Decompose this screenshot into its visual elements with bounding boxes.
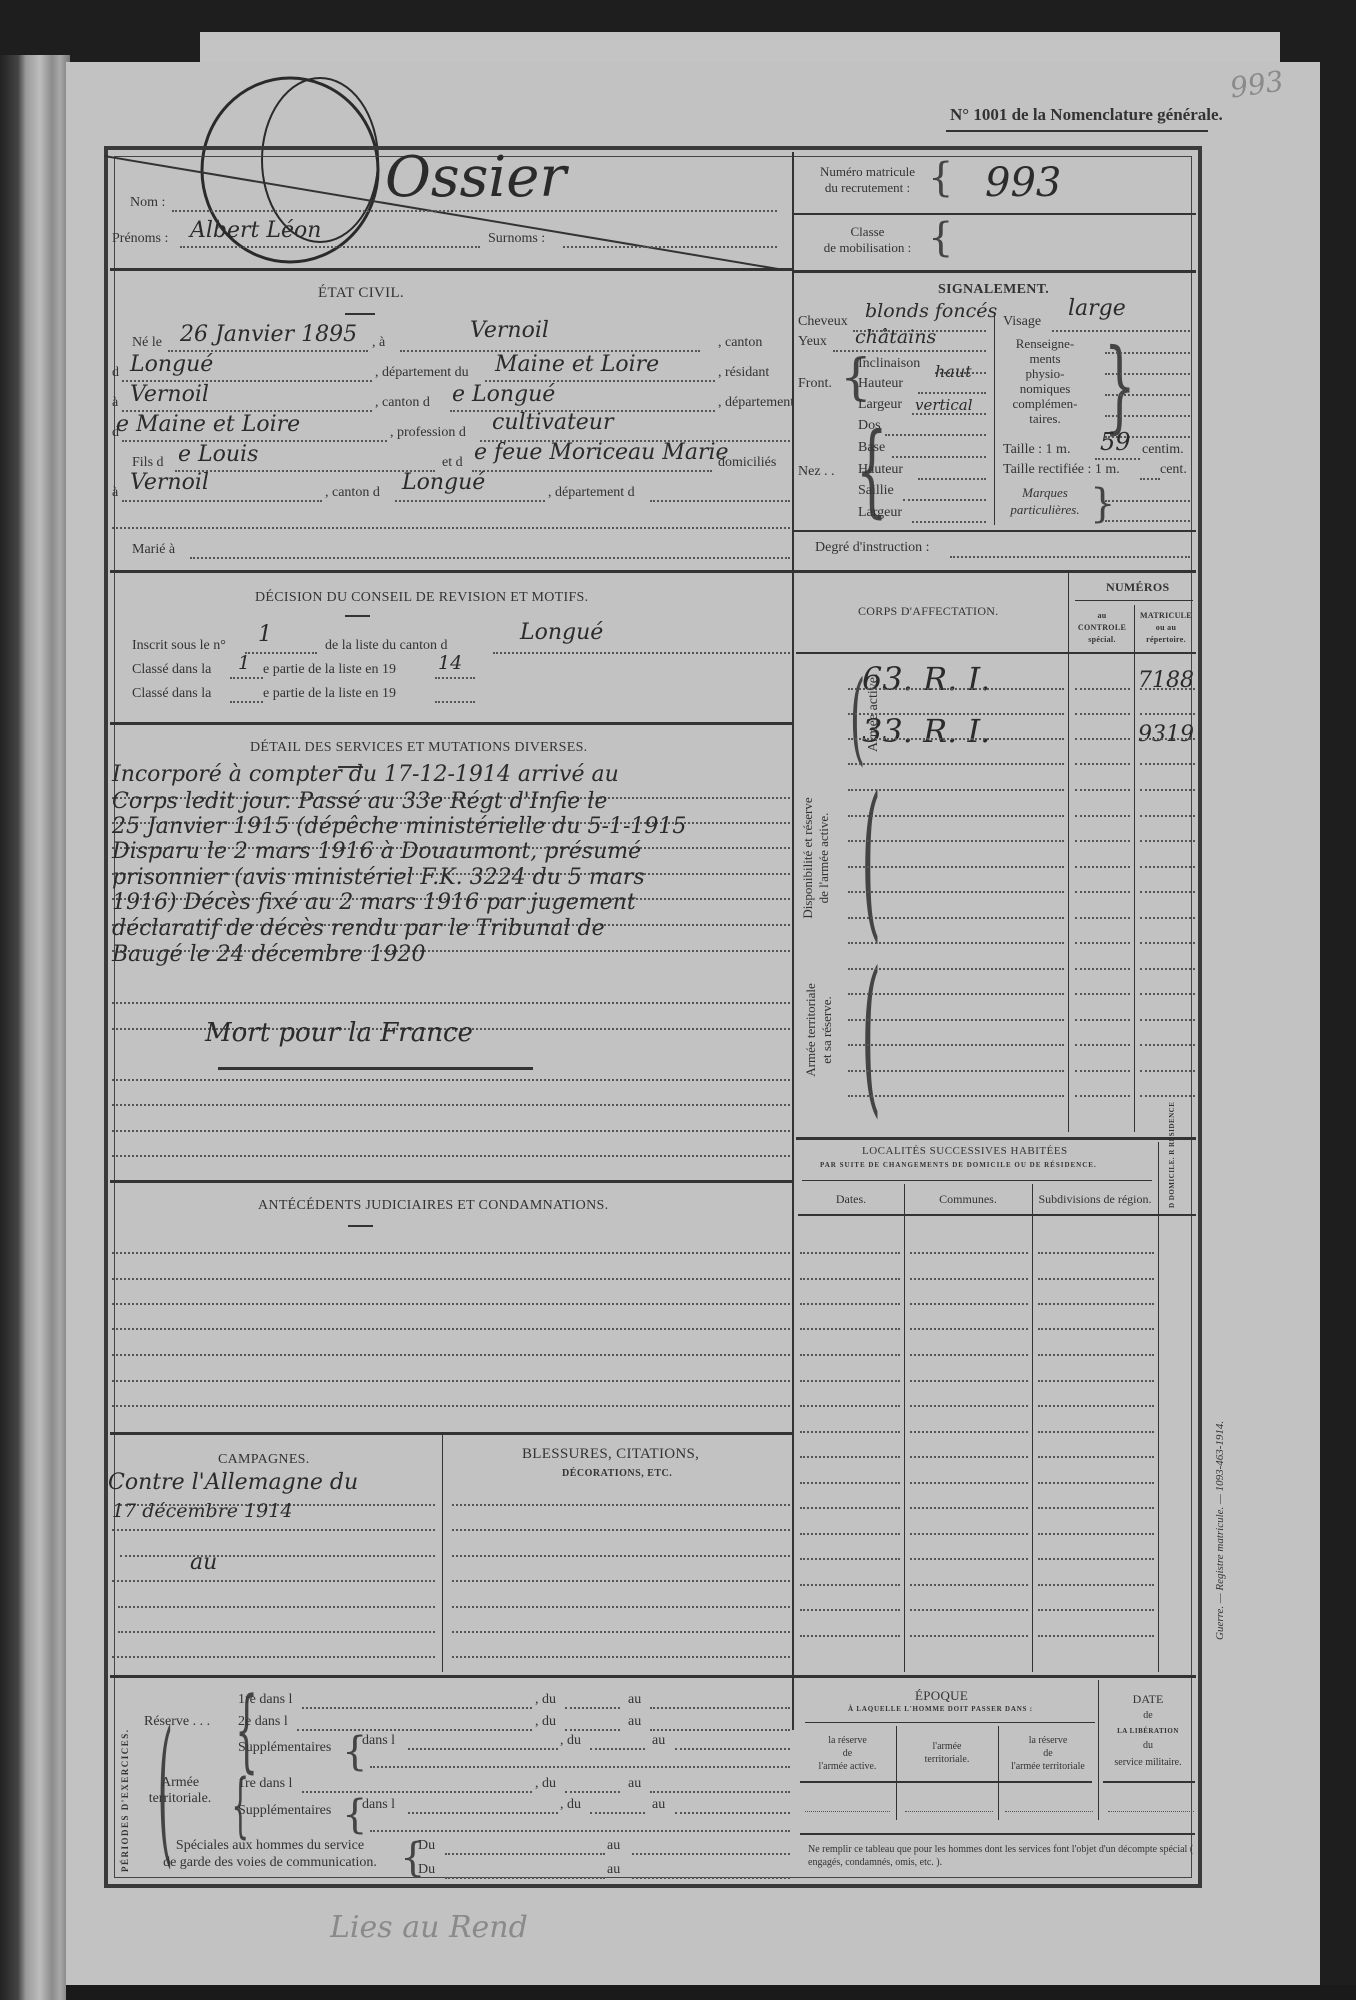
loc-date-8[interactable] xyxy=(800,1431,900,1433)
loc-subdiv-16[interactable] xyxy=(1038,1635,1154,1637)
blessures-line-5[interactable] xyxy=(452,1606,790,1608)
blessures-subtitle: DÉCORATIONS, ETC. xyxy=(562,1468,672,1479)
dispo-rule-2[interactable] xyxy=(848,815,1064,817)
terr-ctrl-5[interactable] xyxy=(1075,1070,1130,1072)
prenoms-label: Prénoms : xyxy=(112,231,168,247)
corps-row-2-controle-rule[interactable] xyxy=(1075,738,1130,740)
col-dates: Dates. xyxy=(800,1192,902,1207)
terr-mat-1[interactable] xyxy=(1140,968,1195,970)
corps-row-1-controle-rule[interactable] xyxy=(1075,688,1130,690)
cheveux-label: Cheveux xyxy=(798,314,848,330)
mention-underline xyxy=(218,1067,533,1070)
loc-commune-12[interactable] xyxy=(910,1533,1028,1535)
pere-value[interactable]: e Louis xyxy=(178,442,258,467)
localites-title: LOCALITÉS SUCCESSIVES HABITÉES xyxy=(862,1145,1068,1157)
antecedents-line-3[interactable] xyxy=(112,1303,790,1305)
antecedents-line-7[interactable] xyxy=(112,1405,790,1407)
dispo-ctrl-5[interactable] xyxy=(1075,891,1130,893)
surnoms-field-line[interactable] xyxy=(563,246,777,248)
reserve-supp-label: Supplémentaires xyxy=(238,1740,331,1756)
loc-date-5[interactable] xyxy=(800,1354,900,1356)
loc-commune-3[interactable] xyxy=(910,1303,1028,1305)
services-line-2[interactable]: Corps ledit jour. Passé au 33e Régt d'In… xyxy=(112,789,607,814)
marie-line[interactable] xyxy=(190,557,790,559)
loc-subdiv-8[interactable] xyxy=(1038,1431,1154,1433)
pere-line xyxy=(175,470,435,472)
campagnes-divider xyxy=(442,1434,443,1672)
terr-rule-5[interactable] xyxy=(848,1070,1064,1072)
numero-brace-icon: { xyxy=(928,158,953,198)
services-line-8[interactable]: Baugé le 24 décembre 1920 xyxy=(112,942,426,967)
corps-row-2-corps[interactable]: 33. R. I. xyxy=(862,712,990,750)
taille-label: Taille : 1 m. xyxy=(1003,442,1070,458)
terr-ctrl-3[interactable] xyxy=(1075,1019,1130,1021)
domicile-value[interactable]: Vernoil xyxy=(130,470,209,495)
dispo-mat-5[interactable] xyxy=(1140,891,1195,893)
dispo-mat-3[interactable] xyxy=(1140,840,1195,842)
loc-subdiv-2[interactable] xyxy=(1038,1278,1154,1280)
epoque-col-1-line[interactable] xyxy=(805,1811,890,1812)
dispo-rule-6[interactable] xyxy=(848,917,1064,919)
reserve-2-au-line[interactable] xyxy=(650,1729,790,1731)
services-bottom-rule xyxy=(110,1180,792,1183)
dispo-mat-4[interactable] xyxy=(1140,866,1195,868)
reserve-supp-dans: dans l xyxy=(362,1733,395,1749)
territoriale-supp-line-2[interactable] xyxy=(370,1830,790,1832)
loc-commune-1[interactable] xyxy=(910,1252,1028,1254)
reserve-label: Réserve . . . xyxy=(144,1714,210,1730)
loc-subdiv-5[interactable] xyxy=(1038,1354,1154,1356)
taille-rectifiee-label: Taille rectifiée : 1 m. xyxy=(1003,462,1120,478)
loc-subdiv-12[interactable] xyxy=(1038,1533,1154,1535)
numeros-header: NUMÉROS xyxy=(1106,580,1169,595)
a-label: , à xyxy=(372,335,385,351)
et-de-label: et d xyxy=(442,455,463,471)
dispo-rule-4[interactable] xyxy=(848,866,1064,868)
hauteur-label: Hauteur xyxy=(858,376,903,392)
reserve-1-du: , du xyxy=(535,1692,556,1708)
loc-commune-8[interactable] xyxy=(910,1431,1028,1433)
campagnes-rule-3 xyxy=(120,1555,435,1557)
departement2-label: , département xyxy=(718,395,794,411)
loc-commune-7[interactable] xyxy=(910,1405,1028,1407)
terr-rule-2[interactable] xyxy=(848,993,1064,995)
antecedents-line-5[interactable] xyxy=(112,1354,790,1356)
dispo-mat-1[interactable] xyxy=(1140,789,1195,791)
speciales-du-2: Du xyxy=(418,1862,435,1878)
blessures-line-7[interactable] xyxy=(452,1656,790,1658)
reserve-2-du-line[interactable] xyxy=(565,1729,620,1731)
services-rule-10 xyxy=(112,1079,790,1081)
col-domicile-residence: D DOMICILE. R RÉSIDENCE xyxy=(1168,1102,1176,1208)
yeux-label: Yeux xyxy=(798,334,827,350)
dispo-ctrl-6[interactable] xyxy=(1075,917,1130,919)
visage-value[interactable]: large xyxy=(1068,296,1126,321)
d1-label: d xyxy=(112,365,119,381)
speciales-au-1: au xyxy=(607,1838,620,1854)
classe-label-line2: de mobilisation : xyxy=(800,240,935,256)
territoriale-1-du-line[interactable] xyxy=(565,1791,620,1793)
classe2-label: Classé dans la xyxy=(132,686,211,702)
classe1-value[interactable]: 1 xyxy=(238,652,250,674)
localites-dr-divider xyxy=(1158,1142,1159,1672)
renseignement-line-2[interactable] xyxy=(1105,373,1190,375)
terr-ctrl-4[interactable] xyxy=(1075,1044,1130,1046)
a3-label: à xyxy=(112,485,118,501)
terr-mat-2[interactable] xyxy=(1140,993,1195,995)
loc-subdiv-10[interactable] xyxy=(1038,1482,1154,1484)
numero-value[interactable]: 993 xyxy=(985,160,1061,206)
services-line-6[interactable]: 1916) Décès fixé au 2 mars 1916 par juge… xyxy=(112,890,636,915)
loc-commune-11[interactable] xyxy=(910,1507,1028,1509)
taille-line xyxy=(1095,458,1140,460)
territoriale-supp-au-line[interactable] xyxy=(675,1812,790,1814)
terr-mat-4[interactable] xyxy=(1140,1044,1195,1046)
loc-subdiv-9[interactable] xyxy=(1038,1456,1154,1458)
terr-ctrl-6[interactable] xyxy=(1075,1095,1130,1097)
loc-commune-14[interactable] xyxy=(910,1584,1028,1586)
renseignement-line-4[interactable] xyxy=(1105,415,1190,417)
matricule-header: MATRICULE ou au répertoire. xyxy=(1136,610,1196,646)
services-line-7[interactable]: déclaratif de décès rendu par le Tribuna… xyxy=(112,916,605,941)
canton-value[interactable]: Longué xyxy=(130,352,213,377)
loc-date-16[interactable] xyxy=(800,1635,900,1637)
degre-line[interactable] xyxy=(950,556,1190,558)
renseignement-line-3[interactable] xyxy=(1105,394,1190,396)
taille-rectifiee-unit: cent. xyxy=(1160,462,1187,478)
speciales-au-2-line[interactable] xyxy=(632,1877,790,1879)
corps-row-1-corps[interactable]: 63. R. I. xyxy=(862,660,990,698)
epoque-col-2: l'armée territoriale. xyxy=(898,1740,996,1766)
marie-label: Marié à xyxy=(132,542,175,558)
loc-subdiv-13[interactable] xyxy=(1038,1558,1154,1560)
departement3-line[interactable] xyxy=(650,500,790,502)
yeux-value[interactable]: châtains xyxy=(855,326,936,348)
reserve-supp-line-2[interactable] xyxy=(370,1766,790,1768)
reserve-1-line[interactable] xyxy=(302,1707,532,1709)
armee-territoriale-label: Armée territoriale. xyxy=(140,1775,220,1807)
localites-communes-divider xyxy=(1032,1184,1033,1672)
reserve-2-line[interactable] xyxy=(297,1729,532,1731)
dispo-mat-6[interactable] xyxy=(1140,917,1195,919)
loc-commune-6[interactable] xyxy=(910,1380,1028,1382)
epoque-note-rule xyxy=(800,1833,1195,1835)
liberation-line5: service militaire. xyxy=(1100,1757,1196,1768)
blessures-line-3[interactable] xyxy=(452,1555,790,1557)
loc-subdiv-1[interactable] xyxy=(1038,1252,1154,1254)
loc-date-10[interactable] xyxy=(800,1482,900,1484)
terr-ctrl-1[interactable] xyxy=(1075,968,1130,970)
antecedents-line-2[interactable] xyxy=(112,1278,790,1280)
corps-row-2b-matricule-rule xyxy=(1140,763,1195,765)
signalement-bottom-rule xyxy=(792,530,1196,532)
epoque-note: Ne remplir ce tableau que pour les homme… xyxy=(808,1843,1196,1869)
antecedents-line-6[interactable] xyxy=(112,1380,790,1382)
disponibilite-label: Disponibilité et réserve de l'armée acti… xyxy=(800,768,832,948)
classe1-year[interactable]: 14 xyxy=(438,652,462,674)
dispo-rule-5[interactable] xyxy=(848,891,1064,893)
epoque-header-rule xyxy=(800,1781,1092,1783)
reserve-1-label: 1re dans l xyxy=(238,1692,292,1708)
blessures-line-4[interactable] xyxy=(452,1580,790,1582)
territoriale-supp-line[interactable] xyxy=(408,1812,558,1814)
etat-civil-title: ÉTAT CIVIL. xyxy=(318,285,404,302)
reserve-supp-line[interactable] xyxy=(408,1748,558,1750)
marques-line-2[interactable] xyxy=(1105,520,1190,522)
departement-value[interactable]: Maine et Loire xyxy=(495,352,659,377)
loc-subdiv-4[interactable] xyxy=(1038,1328,1154,1330)
blessures-line-2[interactable] xyxy=(452,1529,790,1531)
conseil-title-rule xyxy=(345,615,370,617)
nom-value[interactable]: Ossier xyxy=(385,145,566,210)
periodes-top-rule xyxy=(110,1675,1196,1678)
liberation-line[interactable] xyxy=(1108,1811,1194,1812)
canton2-label: , canton d xyxy=(375,395,430,411)
reserve-2-au: au xyxy=(628,1714,641,1730)
loc-subdiv-15[interactable] xyxy=(1038,1609,1154,1611)
nez-largeur-label: Largeur xyxy=(858,505,902,521)
col-communes: Communes. xyxy=(906,1192,1030,1207)
renseignement-line-1[interactable] xyxy=(1105,352,1190,354)
reserve-2-label: 2e dans l xyxy=(238,1714,288,1730)
loc-date-7[interactable] xyxy=(800,1405,900,1407)
taille-rectifiee-line[interactable] xyxy=(1140,478,1160,480)
dispo-mat-7[interactable] xyxy=(1140,942,1195,944)
bottom-dark-edge xyxy=(66,1985,1356,2000)
mort-pour-la-france[interactable]: Mort pour la France xyxy=(205,1018,473,1048)
classe2-year-line[interactable] xyxy=(435,701,475,703)
renseignements-label: Renseigne- ments physio- nomiques complé… xyxy=(1000,336,1090,426)
domicile-line xyxy=(122,500,322,502)
speciales-du-1-line[interactable] xyxy=(445,1853,605,1855)
reserve-1-du-line[interactable] xyxy=(565,1707,620,1709)
inscrit-label: Inscrit sous le n° xyxy=(132,638,226,654)
campagnes-line-2[interactable]: 17 décembre 1914 xyxy=(112,1500,292,1522)
loc-date-13[interactable] xyxy=(800,1558,900,1560)
nom-field-line xyxy=(172,210,777,212)
speciales-au-1-line[interactable] xyxy=(632,1853,790,1855)
taille-unit: centim. xyxy=(1142,442,1184,458)
etat-civil-bottom-rule xyxy=(110,570,792,573)
epoque-title: ÉPOQUE xyxy=(915,1688,968,1704)
terr-rule-6[interactable] xyxy=(848,1095,1064,1097)
loc-commune-4[interactable] xyxy=(910,1328,1028,1330)
domicilies-label: domiciliés xyxy=(718,455,776,471)
services-rule-13 xyxy=(112,1155,790,1157)
blessures-line-6[interactable] xyxy=(452,1631,790,1633)
dos-line[interactable] xyxy=(885,434,986,436)
campagnes-line-3[interactable]: au xyxy=(190,1550,217,1575)
loc-subdiv-3[interactable] xyxy=(1038,1303,1154,1305)
territoriale-1-du: , du xyxy=(535,1776,556,1792)
loc-subdiv-7[interactable] xyxy=(1038,1405,1154,1407)
antecedents-line-1[interactable] xyxy=(112,1252,790,1254)
blessures-title: BLESSURES, CITATIONS, xyxy=(522,1446,699,1463)
nez-label: Nez . . xyxy=(798,464,835,480)
visage-label: Visage xyxy=(1003,314,1041,330)
nez-largeur-line[interactable] xyxy=(912,521,986,523)
territoriale-supp-dans: dans l xyxy=(362,1797,395,1813)
birthplace-value[interactable]: Vernoil xyxy=(470,318,549,343)
nomenclature-ref: N° 1001 de la Nomenclature générale. xyxy=(950,105,1223,125)
front-label: Front. xyxy=(798,376,832,392)
terr-mat-3[interactable] xyxy=(1140,1019,1195,1021)
services-line-3[interactable]: 25 Janvier 1915 (dépêche ministérielle d… xyxy=(112,814,686,839)
base-line[interactable] xyxy=(892,456,986,458)
services-line-5[interactable]: prisonnier (avis ministériel F.K. 3224 d… xyxy=(112,865,645,890)
blessures-line-1[interactable] xyxy=(452,1504,790,1506)
terr-ctrl-2[interactable] xyxy=(1075,993,1130,995)
speciales-label: Spéciales aux hommes du service de garde… xyxy=(135,1837,405,1871)
ne-le-value[interactable]: 26 Janvier 1895 xyxy=(180,322,357,347)
corps-row-1-matricule-rule xyxy=(1140,688,1195,690)
matricule-bottom-rule xyxy=(792,270,1196,273)
loc-date-15[interactable] xyxy=(800,1609,900,1611)
loc-date-1[interactable] xyxy=(800,1252,900,1254)
reserve-1-au: au xyxy=(628,1692,641,1708)
liberation-line2: de xyxy=(1100,1710,1196,1721)
loc-commune-13[interactable] xyxy=(910,1558,1028,1560)
departement-du-label: , département du xyxy=(375,365,469,381)
corps-row-1b-controle-rule xyxy=(1075,713,1130,715)
territoriale-supp-du-line[interactable] xyxy=(590,1812,645,1814)
nez-hauteur-line[interactable] xyxy=(918,478,986,480)
loc-date-2[interactable] xyxy=(800,1278,900,1280)
classe1-line xyxy=(230,677,263,679)
epoque-col-1: la réserve de l'armée active. xyxy=(800,1734,895,1773)
campagnes-line-1[interactable]: Contre l'Allemagne du xyxy=(108,1470,358,1495)
territoriale-1-au-line[interactable] xyxy=(650,1791,790,1793)
loc-commune-5[interactable] xyxy=(910,1354,1028,1356)
loc-subdiv-14[interactable] xyxy=(1038,1584,1154,1586)
services-rule-11 xyxy=(112,1104,790,1106)
liberation-line4: du xyxy=(1100,1740,1196,1751)
epoque-subtitle: À LAQUELLE L'HOMME DOIT PASSER DANS : xyxy=(848,1705,1033,1713)
canton3-value[interactable]: Longué xyxy=(402,470,485,495)
dispo-mat-2[interactable] xyxy=(1140,815,1195,817)
prenoms-value[interactable]: Albert Léon xyxy=(190,218,321,243)
terr-rule-3[interactable] xyxy=(848,1019,1064,1021)
loc-commune-2[interactable] xyxy=(910,1278,1028,1280)
dispo-ctrl-1[interactable] xyxy=(1075,789,1130,791)
conseil-bottom-rule xyxy=(110,722,792,725)
loc-subdiv-6[interactable] xyxy=(1038,1380,1154,1382)
localites-flourish-rule xyxy=(802,1180,1152,1181)
canton2-value[interactable]: e Longué xyxy=(452,382,555,407)
inscrit-value[interactable]: 1 xyxy=(258,622,272,647)
terr-mat-6[interactable] xyxy=(1140,1095,1195,1097)
reserve-supp-au-line[interactable] xyxy=(675,1748,790,1750)
fils-label: Fils d xyxy=(132,455,164,471)
loc-date-12[interactable] xyxy=(800,1533,900,1535)
signalement-divider xyxy=(994,315,995,525)
services-line-4[interactable]: Disparu le 2 mars 1916 à Douaumont, prés… xyxy=(112,839,641,864)
corps-row-2b-controle-rule xyxy=(1075,763,1130,765)
services-line-1[interactable]: Incorporé à compter du 17-12-1914 arrivé… xyxy=(112,762,619,787)
liste-canton-value[interactable]: Longué xyxy=(520,620,603,645)
dispo-rule-3[interactable] xyxy=(848,840,1064,842)
bottom-pencil-note: Lies au Rend xyxy=(330,1910,528,1945)
dispo-ctrl-2[interactable] xyxy=(1075,815,1130,817)
corps-row-1b-matricule-rule xyxy=(1140,713,1195,715)
loc-date-4[interactable] xyxy=(800,1328,900,1330)
terr-rule-1[interactable] xyxy=(848,968,1064,970)
signalement-title: SIGNALEMENT. xyxy=(938,282,1049,298)
loc-commune-15[interactable] xyxy=(910,1609,1028,1611)
epoque-col-2-line[interactable] xyxy=(905,1811,993,1812)
reserve-supp-au: au xyxy=(652,1733,665,1749)
territoriale-1-line[interactable] xyxy=(302,1791,532,1793)
classe2-line[interactable] xyxy=(230,701,263,703)
main-column-divider xyxy=(792,152,794,1730)
epoque-col-divider-1 xyxy=(896,1726,897,1820)
mere-line xyxy=(472,470,712,472)
dispo-ctrl-3[interactable] xyxy=(1075,840,1130,842)
nomenclature-underline xyxy=(946,130,1208,132)
canton-label: , canton xyxy=(718,335,762,351)
taille-value[interactable]: 59 xyxy=(1100,428,1131,456)
dispo-rule-1[interactable] xyxy=(848,789,1064,791)
reserve-1-au-line[interactable] xyxy=(650,1707,790,1709)
hauteur-line xyxy=(918,392,986,394)
largeur-value[interactable]: vertical xyxy=(915,396,973,414)
departement2-value[interactable]: e Maine et Loire xyxy=(116,412,300,437)
prenoms-field-line xyxy=(180,246,480,248)
antecedents-line-4[interactable] xyxy=(112,1328,790,1330)
loc-date-11[interactable] xyxy=(800,1507,900,1509)
speciales-du-2-line[interactable] xyxy=(445,1877,605,1879)
hauteur-value[interactable]: haut xyxy=(935,362,972,381)
dispo-ctrl-4[interactable] xyxy=(1075,866,1130,868)
loc-date-9[interactable] xyxy=(800,1456,900,1458)
reserve-supp-du: , du xyxy=(560,1733,581,1749)
saillie-line[interactable] xyxy=(903,499,986,501)
profession-value[interactable]: cultivateur xyxy=(492,410,614,435)
classe1-label: Classé dans la xyxy=(132,662,211,678)
loc-subdiv-11[interactable] xyxy=(1038,1507,1154,1509)
loc-commune-16[interactable] xyxy=(910,1635,1028,1637)
classe-label-line1: Classe xyxy=(800,224,935,240)
loc-date-3[interactable] xyxy=(800,1303,900,1305)
residant-value[interactable]: Vernoil xyxy=(130,382,209,407)
speciales-au-2: au xyxy=(607,1862,620,1878)
dispo-ctrl-7[interactable] xyxy=(1075,942,1130,944)
residant-label: , résidant xyxy=(718,365,769,381)
renseignements-brace-icon: } xyxy=(1104,336,1136,436)
numero-label-line2: du recrutement : xyxy=(800,180,935,196)
loc-commune-9[interactable] xyxy=(910,1456,1028,1458)
marques-line-1[interactable] xyxy=(1105,500,1190,502)
epoque-col-3-line[interactable] xyxy=(1005,1811,1093,1812)
epoque-col-divider-2 xyxy=(998,1726,999,1820)
corps-row-2-matricule[interactable]: 9319 xyxy=(1138,722,1194,747)
canton3-label: , canton d xyxy=(325,485,380,501)
page-right-edge xyxy=(1320,62,1356,2000)
inscrit-line xyxy=(245,652,317,654)
terr-mat-5[interactable] xyxy=(1140,1070,1195,1072)
loc-commune-10[interactable] xyxy=(910,1482,1028,1484)
cheveux-value[interactable]: blonds foncés xyxy=(865,300,997,322)
periodes-vertical-label: PÉRIODES D'EXERCICES. xyxy=(120,1728,130,1872)
terr-rule-4[interactable] xyxy=(848,1044,1064,1046)
classe2-suffix: e partie de la liste en 19 xyxy=(263,686,396,702)
reserve-supp-du-line[interactable] xyxy=(590,1748,645,1750)
epoque-col-3: la réserve de l'armée territoriale xyxy=(1000,1734,1096,1773)
mere-value[interactable]: e feue Moriceau Marie xyxy=(474,440,729,465)
loc-date-14[interactable] xyxy=(800,1584,900,1586)
identity-bottom-rule xyxy=(110,268,792,271)
loc-date-6[interactable] xyxy=(800,1380,900,1382)
